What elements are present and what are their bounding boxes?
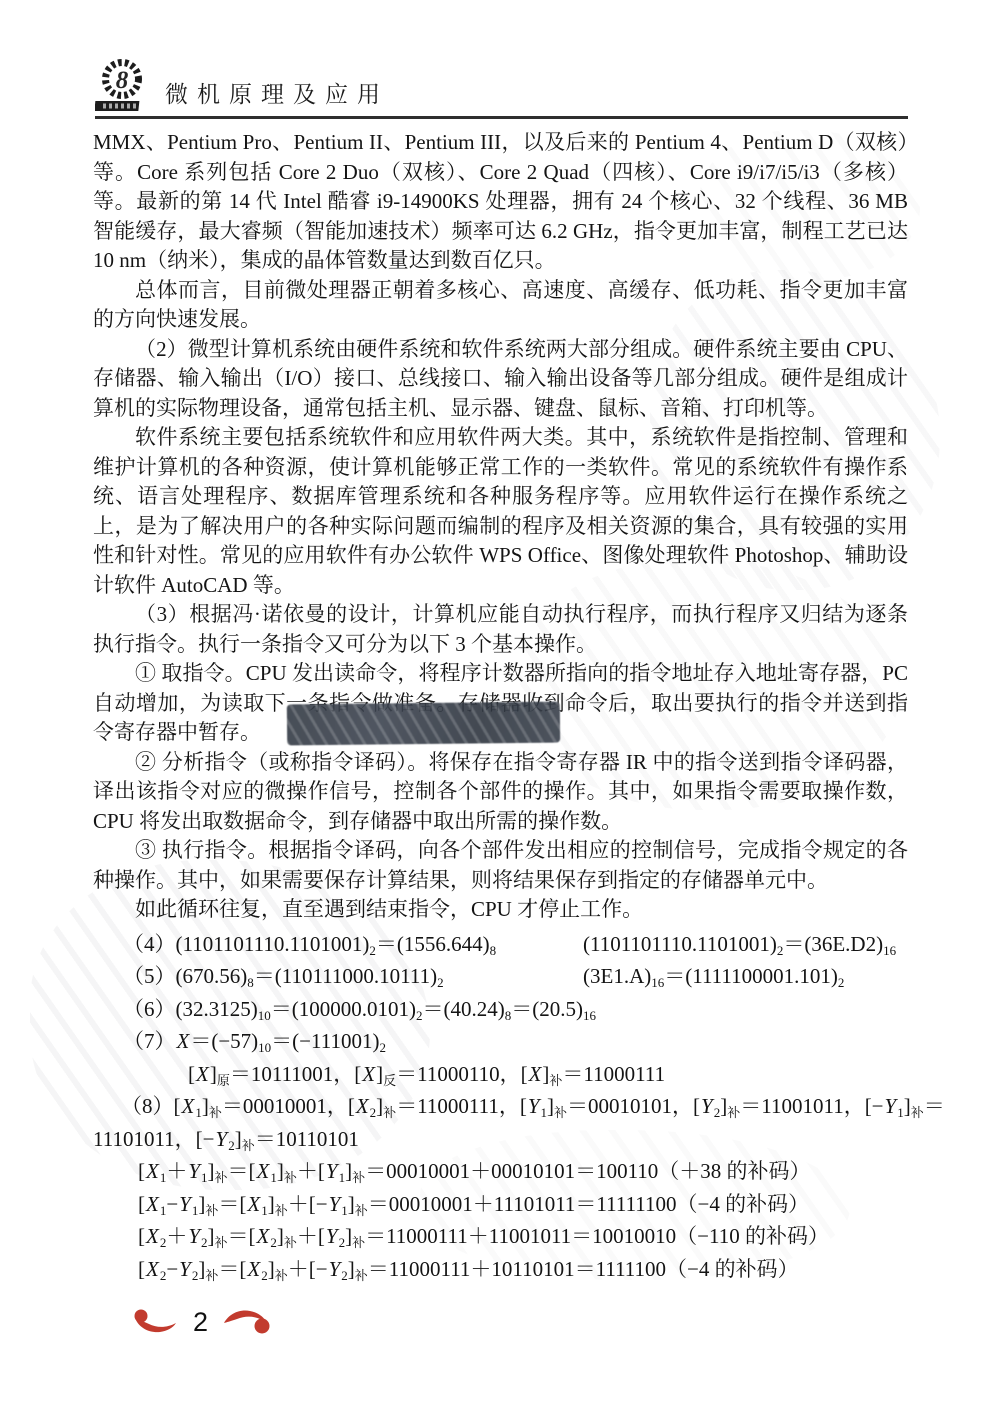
equation-line: 11101011，[−Y2]补＝10110101	[93, 1123, 908, 1156]
equation-line: [X2＋Y2]补＝[X2]补＋[Y2]补＝11000111＋11001011＝1…	[93, 1220, 908, 1253]
equation-left: [X]原＝10111001，[X]反＝11000110，[X]补＝1100011…	[188, 1062, 665, 1086]
equation-left: （4）(1101101110.1101001)2＝(1556.644)8	[123, 932, 496, 956]
equation-left: （6）(32.3125)10＝(100000.0101)2＝(40.24)8＝(…	[123, 997, 596, 1021]
book-page: 8 微机原理及应用 MMX、Pentium Pro、Pentium II、Pen…	[0, 0, 1000, 1413]
equation-left: （5）(670.56)8＝(110111000.10111)2	[123, 964, 444, 988]
page-number: 2	[193, 1307, 208, 1338]
equation-right: (3E1.A)16＝(1111100001.101)2	[583, 960, 844, 993]
equation-right: (1101101110.1101001)2＝(36E.D2)16	[583, 928, 896, 961]
page-header: 8 微机原理及应用	[95, 60, 908, 114]
paragraph: （2）微型计算机系统由硬件系统和软件系统两大部分组成。硬件系统主要由 CPU、存…	[93, 335, 908, 424]
dark-watermark-stamp	[287, 702, 560, 746]
equation-left: [X1−Y1]补＝[X1]补＋[−Y1]补＝00010001＋11101011＝…	[138, 1192, 809, 1216]
red-swash-right-icon	[222, 1307, 272, 1337]
book-title: 微机原理及应用	[165, 76, 389, 109]
publisher-seal-icon: 8	[95, 57, 149, 115]
equation-left: [X2＋Y2]补＝[X2]补＋[Y2]补＝11000111＋11001011＝1…	[138, 1224, 829, 1248]
equation-line: [X1−Y1]补＝[X1]补＋[−Y1]补＝00010001＋11101011＝…	[93, 1188, 908, 1221]
logo-glyph: 8	[116, 67, 129, 94]
equation-left: 11101011，[−Y2]补＝10110101	[93, 1127, 359, 1151]
paragraph: 总体而言，目前微处理器正朝着多核心、高速度、高缓存、低功耗、指令更加丰富的方向快…	[93, 276, 908, 335]
red-swash-left-icon	[133, 1308, 177, 1336]
header-rule	[95, 116, 908, 119]
equation-line: （7）X＝(−57)10＝(−111001)2	[93, 1025, 908, 1058]
paragraph: 软件系统主要包括系统软件和应用软件两大类。其中，系统软件是指控制、管理和维护计算…	[93, 423, 908, 600]
equation-left: （8）[X1]补＝00010001，[X2]补＝11000111，[Y1]补＝0…	[121, 1094, 945, 1118]
equation-left: [X1＋Y1]补＝[X1]补＋[Y1]补＝00010001＋00010101＝1…	[138, 1159, 811, 1183]
equation-line: （4）(1101101110.1101001)2＝(1556.644)8(110…	[93, 928, 908, 961]
equation-line: （5）(670.56)8＝(110111000.10111)2(3E1.A)16…	[93, 960, 908, 993]
equation-left: [X2−Y2]补＝[X2]补＋[−Y2]补＝11000111＋10110101＝…	[138, 1257, 799, 1281]
paragraph: MMX、Pentium Pro、Pentium II、Pentium III，以…	[93, 128, 908, 276]
paragraph: ② 分析指令（或称指令译码）。将保存在指令寄存器 IR 中的指令送到指令译码器，…	[93, 748, 908, 837]
equation-line: [X2−Y2]补＝[X2]补＋[−Y2]补＝11000111＋10110101＝…	[93, 1253, 908, 1286]
equation-line: [X]原＝10111001，[X]反＝11000110，[X]补＝1100011…	[93, 1058, 908, 1091]
paragraph: 如此循环往复，直至遇到结束指令，CPU 才停止工作。	[93, 895, 908, 925]
paragraph: （3）根据冯·诺依曼的设计，计算机应能自动执行程序，而执行程序又归结为逐条执行指…	[93, 600, 908, 659]
equation-line: （8）[X1]补＝00010001，[X2]补＝11000111，[Y1]补＝0…	[93, 1090, 908, 1123]
equation-line: [X1＋Y1]补＝[X1]补＋[Y1]补＝00010001＋00010101＝1…	[93, 1155, 908, 1188]
equation-block: （4）(1101101110.1101001)2＝(1556.644)8(110…	[93, 928, 908, 1286]
paragraph: ③ 执行指令。根据指令译码，向各个部件发出相应的控制信号，完成指令规定的各种操作…	[93, 836, 908, 895]
equation-left: （7）X＝(−57)10＝(−111001)2	[123, 1029, 386, 1053]
equation-line: （6）(32.3125)10＝(100000.0101)2＝(40.24)8＝(…	[93, 993, 908, 1026]
page-footer: 2	[133, 1300, 272, 1344]
